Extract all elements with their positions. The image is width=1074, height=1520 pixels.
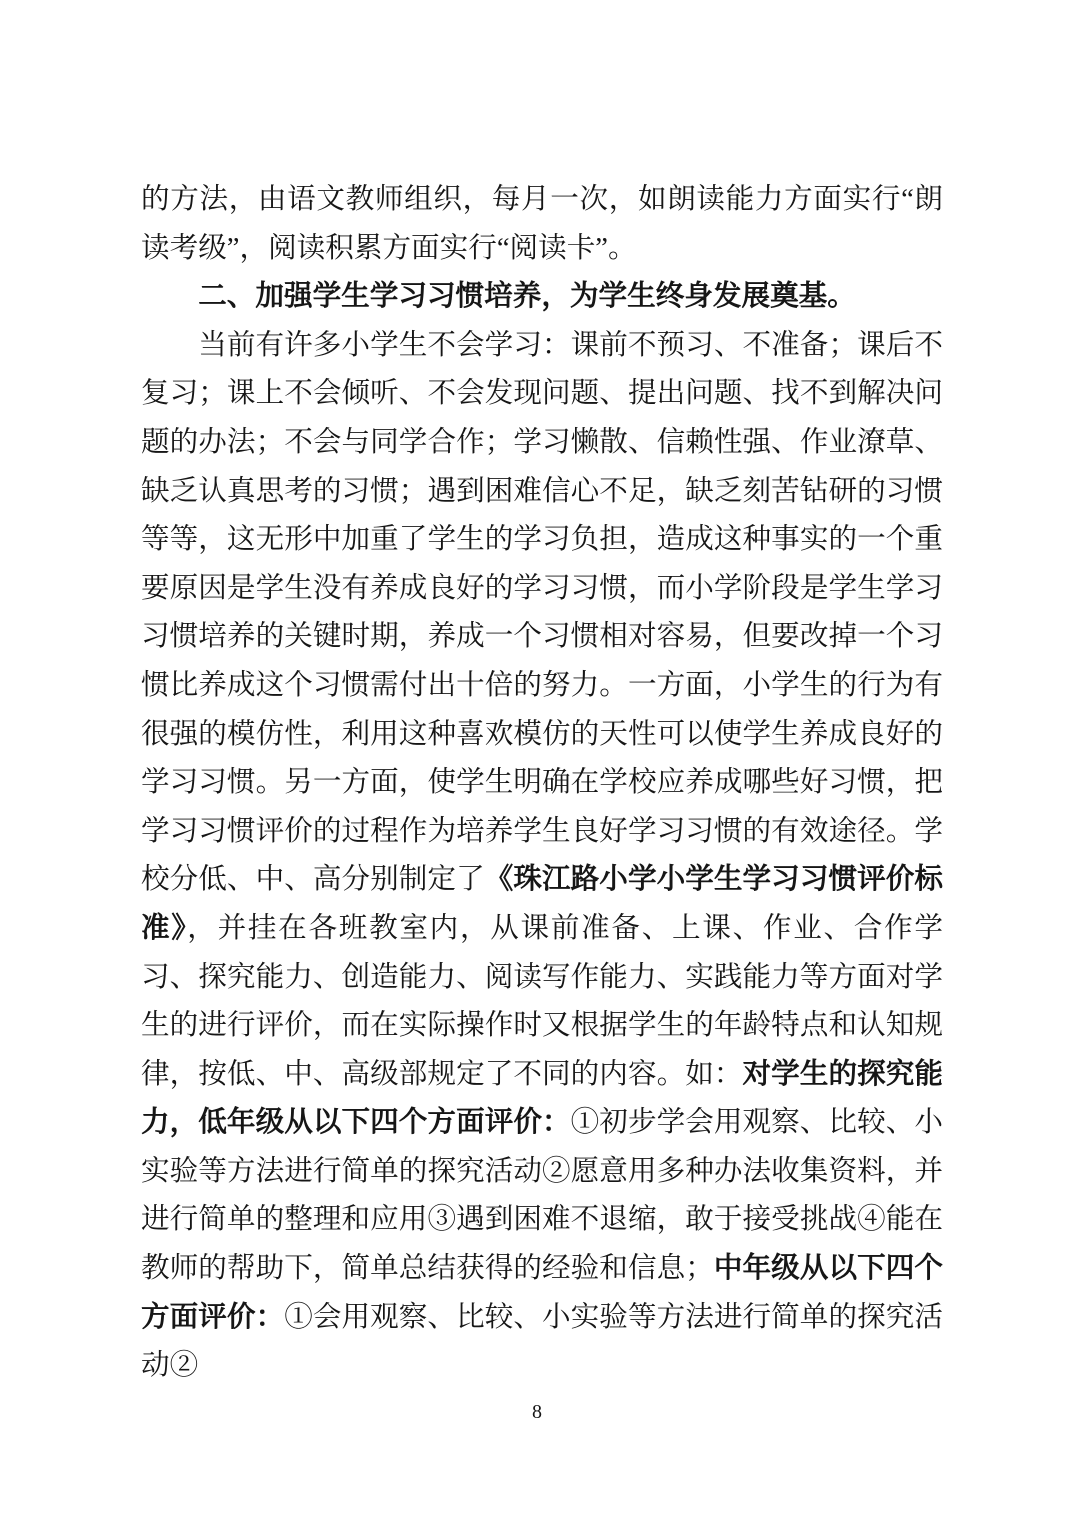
page-footer: 8 (0, 1398, 1074, 1426)
text-run: 当前有许多小学生不会学习：课前不预习、不准备；课后不复习；课上不会倾听、不会发现… (141, 330, 943, 896)
document-page: 的方法，由语文教师组织，每月一次，如朗读能力方面实行“朗读考级”，阅读积累方面实… (0, 0, 1074, 1520)
text-run: 的方法，由语文教师组织，每月一次，如朗读能力方面实行“朗读考级”，阅读积累方面实… (141, 184, 943, 264)
paragraph-learning-habits: 当前有许多小学生不会学习：课前不预习、不准备；课后不复习；课上不会倾听、不会发现… (141, 322, 943, 1391)
document-body: 的方法，由语文教师组织，每月一次，如朗读能力方面实行“朗读考级”，阅读积累方面实… (141, 176, 943, 1391)
paragraph-reading-methods-continuation: 的方法，由语文教师组织，每月一次，如朗读能力方面实行“朗读考级”，阅读积累方面实… (141, 176, 943, 273)
text-run: 二、加强学生学习习惯培养，为学生终身发展奠基。 (198, 281, 856, 312)
section-heading-2: 二、加强学生学习习惯培养，为学生终身发展奠基。 (141, 273, 943, 322)
page-number: 8 (532, 1401, 542, 1423)
